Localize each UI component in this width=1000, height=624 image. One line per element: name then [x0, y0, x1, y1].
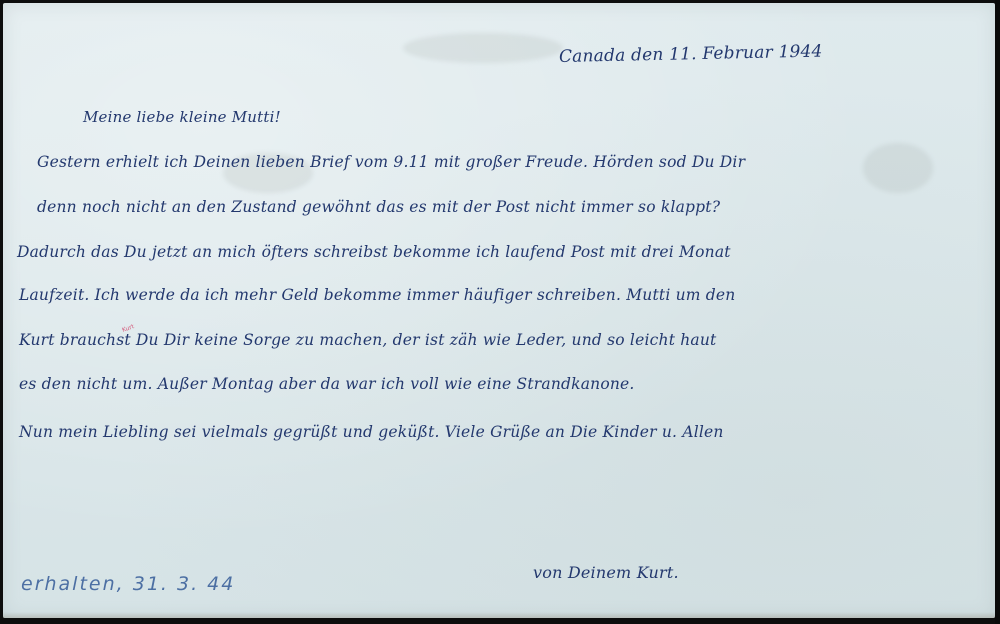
receipt-note: erhalten, 31. 3. 44: [21, 573, 235, 595]
letter-line-2: denn noch nicht an den Zustand gewöhnt d…: [37, 198, 720, 216]
letter-line-1: Gestern erhielt ich Deinen lieben Brief …: [37, 153, 745, 171]
paper-stain: [863, 143, 933, 193]
postcard: Canada den 11. Februar 1944 Meine liebe …: [3, 3, 995, 618]
letter-line-6: es den nicht um. Außer Montag aber da wa…: [19, 375, 635, 393]
letter-line-4: Laufzeit. Ich werde da ich mehr Geld bek…: [19, 286, 735, 304]
paper-stain: [403, 33, 563, 63]
postcard-scan: Canada den 11. Februar 1944 Meine liebe …: [0, 0, 1000, 624]
closing-signature: von Deinem Kurt.: [533, 563, 679, 582]
place-date-heading: Canada den 11. Februar 1944: [559, 41, 823, 67]
letter-line-3: Dadurch das Du jetzt an mich öfters schr…: [17, 243, 731, 261]
letter-line-7: Nun mein Liebling sei vielmals gegrüßt u…: [19, 423, 724, 441]
salutation: Meine liebe kleine Mutti!: [83, 108, 281, 126]
scan-border: [995, 0, 1000, 624]
